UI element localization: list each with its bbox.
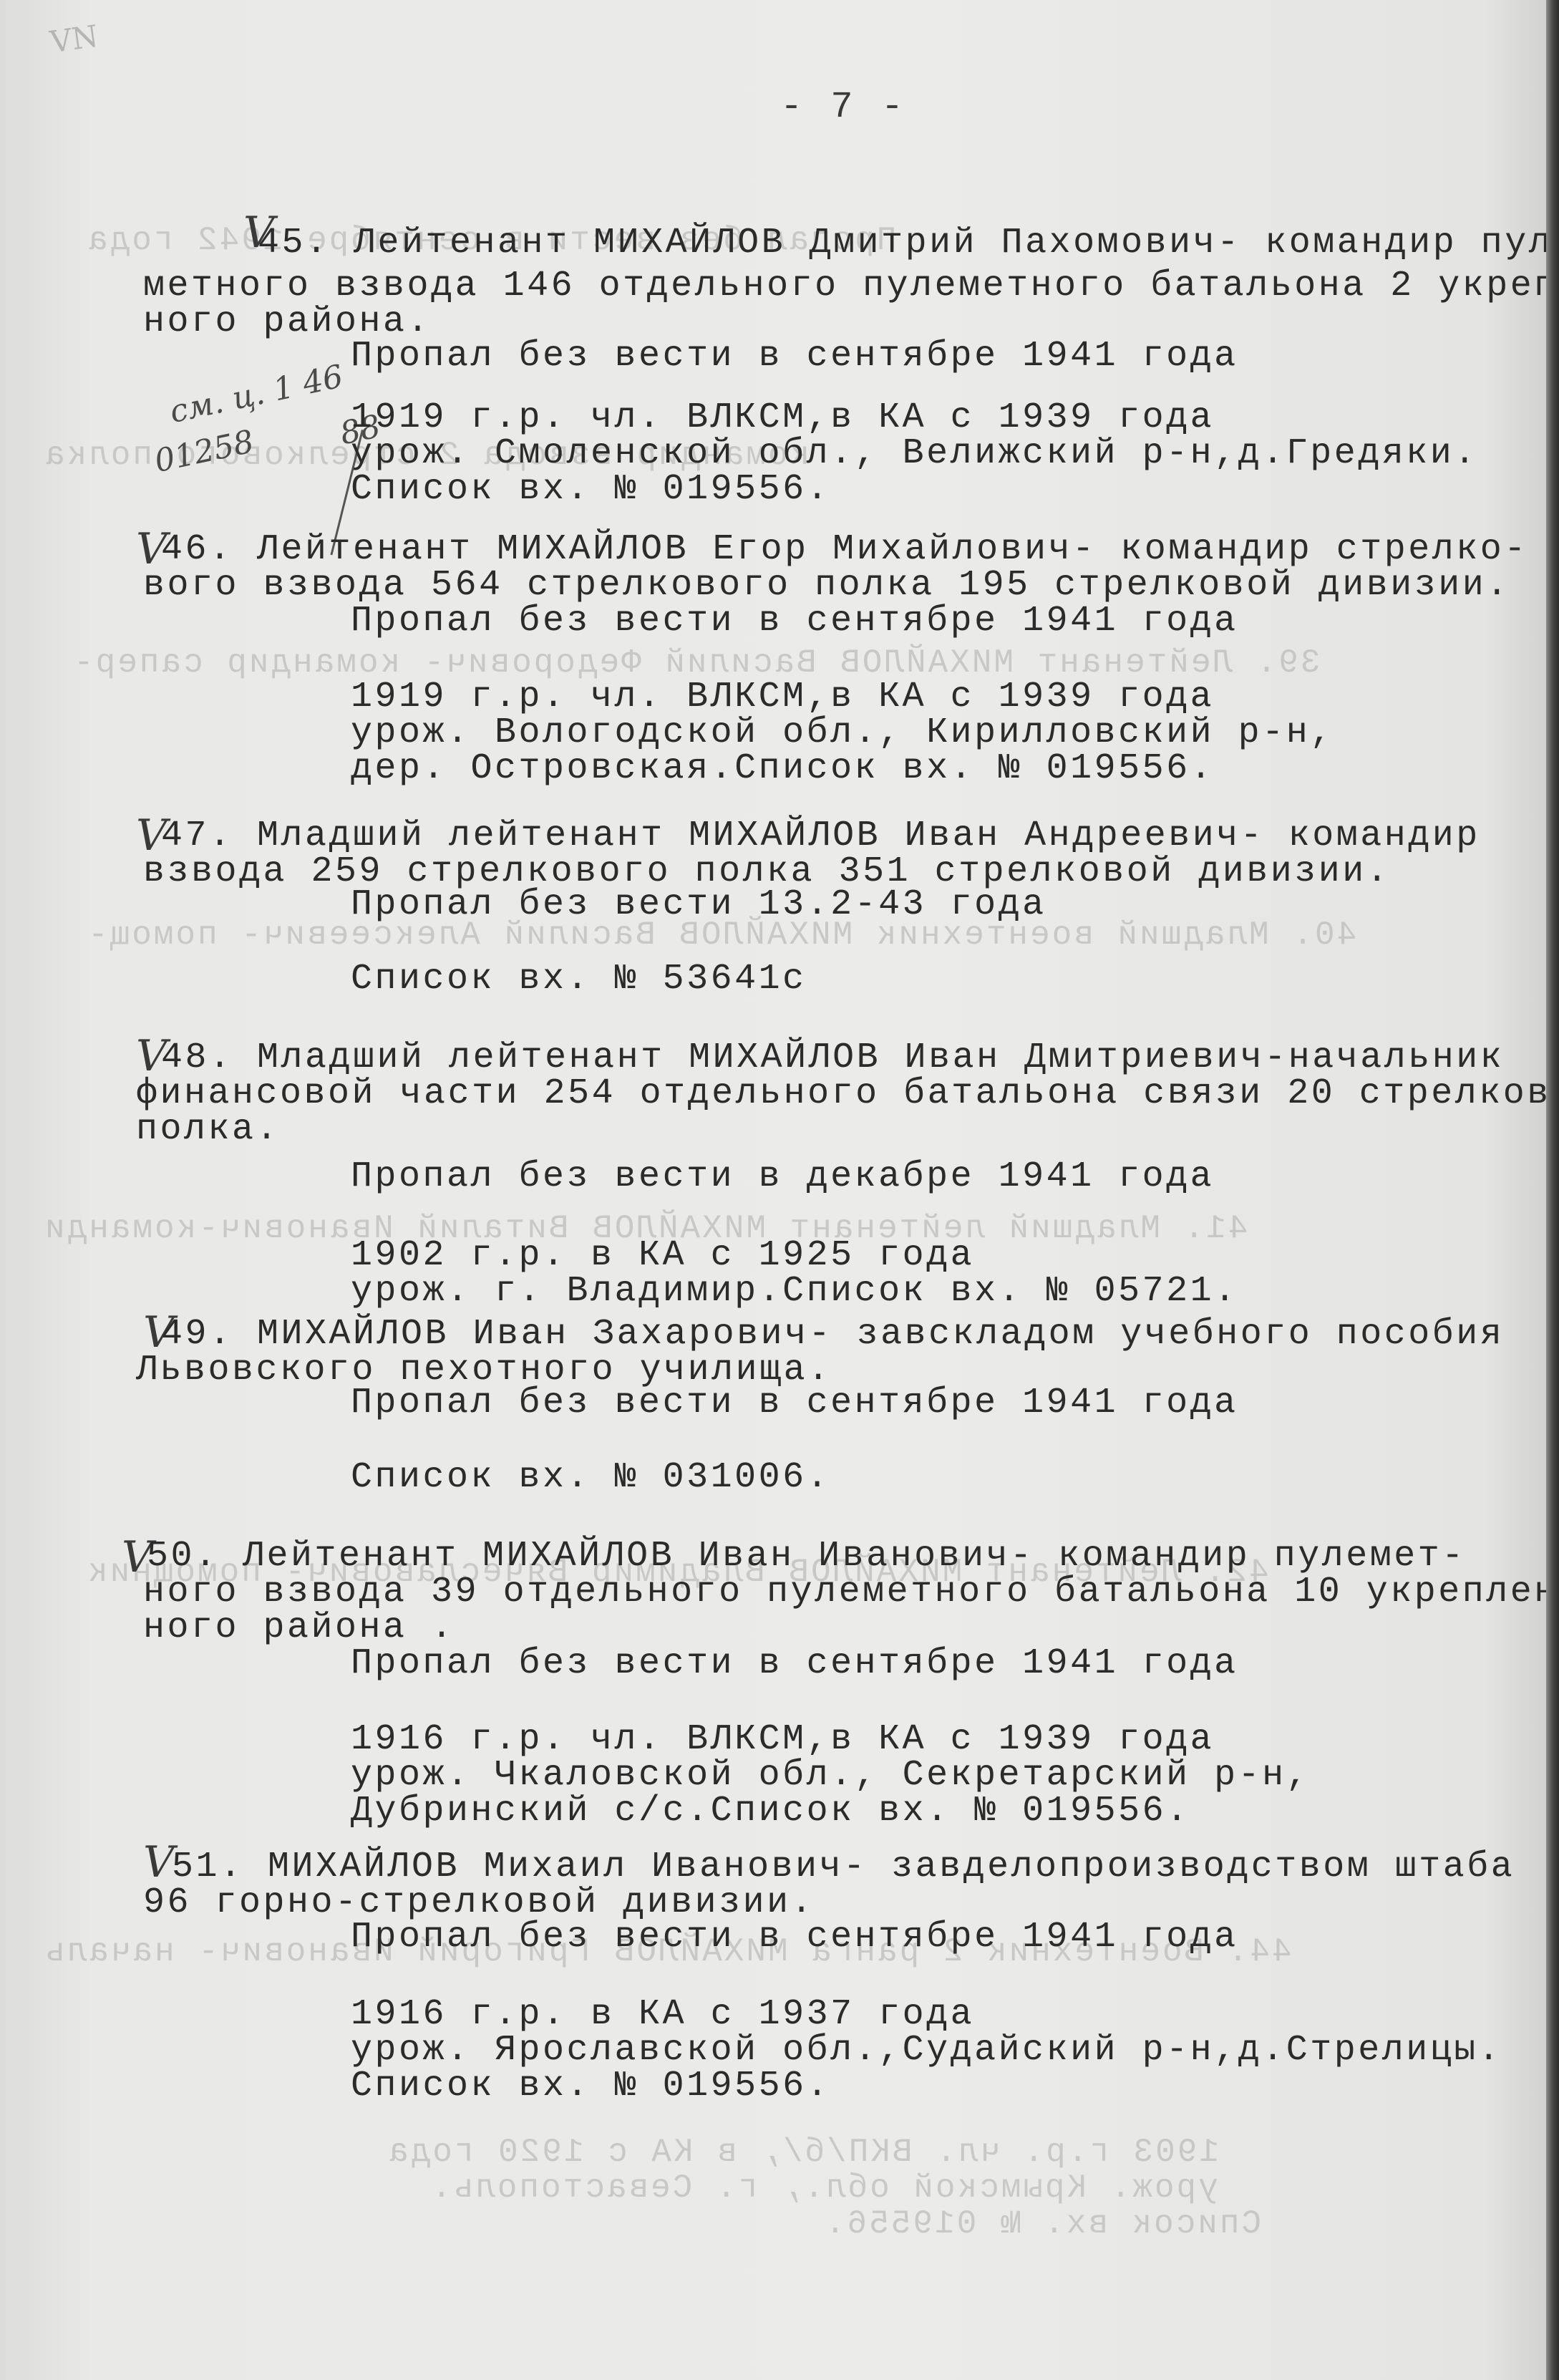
birth-service: 1902 г.р. в КА с 1925 года (351, 1236, 974, 1276)
list-reference: Дубринский с/с.Список вх. № 019556. (351, 1791, 1190, 1832)
entry-text: финансовой части 254 отдельного батальон… (136, 1074, 1559, 1114)
birth-service: 1919 г.р. чл. ВЛКСМ,в КА с 1939 года (351, 677, 1214, 717)
archive-corner-mark: VN (48, 19, 100, 60)
entry-text: ного взвода 39 отдельного пулеметного ба… (143, 1572, 1559, 1612)
entry-text: вого взвода 564 стрелкового полка 195 ст… (143, 566, 1510, 606)
missing-status: Пропал без вести в декабре 1941 года (351, 1157, 1214, 1197)
entry-text: полка. (136, 1110, 280, 1150)
list-reference: Список вх. № 019556. (351, 2066, 830, 2106)
missing-status: Пропал без вести в сентябре 1941 года (351, 601, 1238, 642)
list-reference: Список вх. № 031006. (351, 1458, 830, 1498)
origin: урож. Чкаловской обл., Секретарский р-н, (351, 1756, 1310, 1796)
page-binding-edge (1546, 0, 1559, 2380)
checkmark-icon: V (143, 1837, 174, 1887)
entry-heading: 46. Лейтенант МИХАЙЛОВ Егор Михайлович- … (161, 530, 1528, 570)
birth-service: 1919 г.р. чл. ВЛКСМ,в КА с 1939 года (351, 398, 1214, 438)
birth-service: 1916 г.р. в КА с 1937 года (351, 1995, 974, 2035)
missing-status: Пропал без вести в сентябре 1941 года (351, 337, 1238, 377)
entry-heading: 47. Младший лейтенант МИХАЙЛОВ Иван Андр… (161, 816, 1480, 856)
missing-status: Пропал без вести в сентябре 1941 года (351, 1644, 1238, 1684)
entry-heading: 50. Лейтенант МИХАЙЛОВ Иван Иванович- ко… (147, 1537, 1466, 1577)
birth-service: 1916 г.р. чл. ВЛКСМ,в КА с 1939 года (351, 1720, 1214, 1760)
page-number: - 7 - (780, 86, 906, 128)
document-page: Пропал без вести в сентябре 1942 года ко… (0, 0, 1546, 2380)
list-reference: дер. Островская.Список вх. № 019556. (351, 749, 1214, 789)
entry-text: ного района . (143, 1608, 455, 1648)
missing-status: Пропал без вести 13.2-43 года (351, 885, 1046, 925)
origin: урож. Ярославской обл.,Судайский р-н,д.С… (351, 2031, 1502, 2071)
origin: урож. Вологодской обл., Кирилловский р-н… (351, 713, 1334, 753)
missing-status: Пропал без вести в сентябре 1941 года (351, 1383, 1238, 1423)
entry-heading: 51. МИХАЙЛОВ Михаил Иванович- завделопро… (172, 1847, 1515, 1887)
origin-list-reference: урож. г. Владимир.Список вх. № 05721. (351, 1272, 1238, 1312)
entry-heading: 49. МИХАЙЛОВ Иван Захарович- завскладом … (161, 1315, 1504, 1355)
entry-heading: 45. Лейтенант МИХАЙЛОВ Дмитрий Пахомович… (258, 223, 1559, 263)
list-reference: Список вх. № 53641с (351, 959, 807, 1000)
origin: урож. Смоленской обл., Велижский р-н,д.Г… (351, 434, 1478, 474)
entry-text: метного взвода 146 отдельного пулеметног… (143, 266, 1559, 306)
list-reference: Список вх. № 019556. (351, 470, 830, 510)
missing-status: Пропал без вести в сентябре 1941 года (351, 1917, 1238, 1958)
entry-heading: 48. Младший лейтенант МИХАЙЛОВ Иван Дмит… (161, 1038, 1504, 1078)
